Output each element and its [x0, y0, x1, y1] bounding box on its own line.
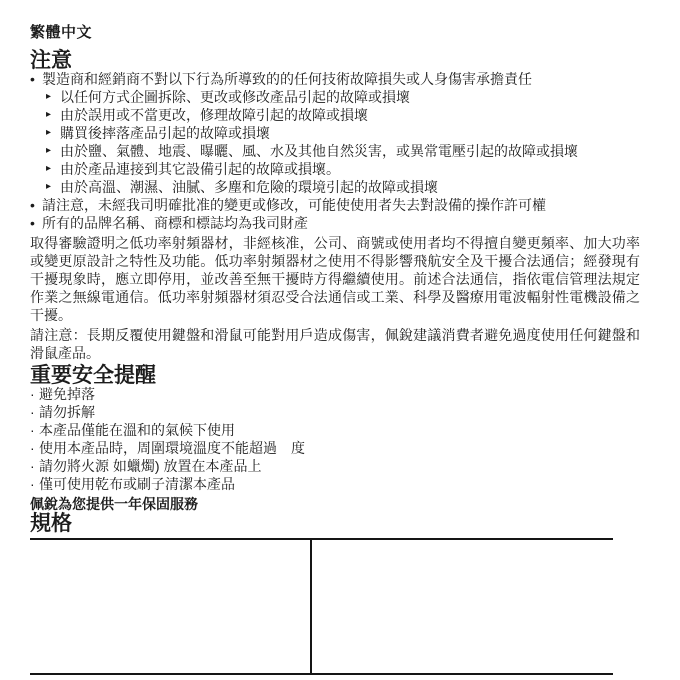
spec-table [30, 538, 613, 675]
notice-cause-text: 由於高溫、潮濕、油膩、多塵和危險的環境引起的故障或損壞 [60, 178, 640, 196]
manual-page: 繁體中文 注意 • 製造商和經銷商不對以下行為所導致的的任何技術故障損失或人身傷… [0, 0, 680, 675]
safety-item: · 本產品僅能在溫和的氣候下使用 [30, 421, 640, 439]
notice-cause-text: 由於鹽、氣體、地震、曝曬、風、水及其他自然災害，或異常電壓引起的故障或損壞 [60, 142, 640, 160]
notice-cause-item: ▸ 購買後摔落產品引起的故障或損壞 [30, 124, 640, 142]
notice-item-trademark: • 所有的品牌名稱、商標和標誌均為我司財產 [30, 214, 640, 232]
notice-item-text: 所有的品牌名稱、商標和標誌均為我司財產 [42, 214, 640, 232]
safety-item: · 請勿將火源 如蠟燭) 放置在本產品上 [30, 457, 640, 475]
specs-heading: 規格 [30, 515, 640, 533]
safety-item: · 請勿拆解 [30, 403, 640, 421]
arrow-bullet-icon: ▸ [46, 88, 60, 106]
arrow-bullet-icon: ▸ [46, 106, 60, 124]
dot-bullet-icon: · [30, 475, 39, 493]
notice-cause-item: ▸ 由於高溫、潮濕、油膩、多塵和危險的環境引起的故障或損壞 [30, 178, 640, 196]
usage-warning-paragraph: 請注意：長期反覆使用鍵盤和滑鼠可能對用戶造成傷害，佩銳建議消費者避免過度使用任何… [30, 326, 640, 362]
bullet-icon: • [30, 70, 42, 88]
notice-cause-item: ▸ 由於產品連接到其它設備引起的故障或損壞。 [30, 160, 640, 178]
safety-item-text: 避免掉落 [39, 385, 95, 403]
dot-bullet-icon: · [30, 421, 39, 439]
safety-item: · 使用本產品時，周圍環境溫度不能超過 度 [30, 439, 640, 457]
arrow-bullet-icon: ▸ [46, 124, 60, 142]
notice-item-approval: • 請注意，未經我司明確批准的變更或修改，可能使使用者失去對設備的操作許可權 [30, 196, 640, 214]
dot-bullet-icon: · [30, 403, 39, 421]
safety-item-text: 請勿將火源 如蠟燭) 放置在本產品上 [39, 457, 261, 475]
safety-item-text: 使用本產品時，周圍環境溫度不能超過 度 [39, 439, 305, 457]
notice-cause-text: 由於產品連接到其它設備引起的故障或損壞。 [60, 160, 640, 178]
safety-item-text: 請勿拆解 [39, 403, 95, 421]
arrow-bullet-icon: ▸ [46, 160, 60, 178]
notice-cause-text: 購買後摔落產品引起的故障或損壞 [60, 124, 640, 142]
notice-item-text: 製造商和經銷商不對以下行為所導致的的任何技術故障損失或人身傷害承擔責任 [42, 70, 640, 88]
safety-list: · 避免掉落 · 請勿拆解 · 本產品僅能在溫和的氣候下使用 · 使用本產品時，… [30, 385, 640, 493]
dot-bullet-icon: · [30, 385, 39, 403]
notice-cause-text: 以任何方式企圖拆除、更改或修改產品引起的故障或損壞 [60, 88, 640, 106]
safety-item-text: 本產品僅能在溫和的氣候下使用 [39, 421, 235, 439]
notice-cause-text: 由於誤用或不當更改，修理故障引起的故障或損壞 [60, 106, 640, 124]
bullet-icon: • [30, 196, 42, 214]
notice-list: • 製造商和經銷商不對以下行為所導致的的任何技術故障損失或人身傷害承擔責任 ▸ … [30, 70, 640, 232]
safety-heading: 重要安全提醒 [30, 367, 640, 385]
ncc-statement-paragraph: 取得審驗證明之低功率射頻器材，非經核准，公司、商號或使用者均不得擅自變更頻率、加… [30, 234, 640, 324]
safety-item: · 僅可使用乾布或刷子清潔本產品 [30, 475, 640, 493]
bullet-icon: • [30, 214, 42, 232]
notice-item-liability: • 製造商和經銷商不對以下行為所導致的的任何技術故障損失或人身傷害承擔責任 [30, 70, 640, 88]
spec-table-cell-right [312, 540, 613, 673]
notice-cause-item: ▸ 由於誤用或不當更改，修理故障引起的故障或損壞 [30, 106, 640, 124]
spec-table-cell-left [30, 540, 312, 673]
notice-cause-item: ▸ 以任何方式企圖拆除、更改或修改產品引起的故障或損壞 [30, 88, 640, 106]
safety-item: · 避免掉落 [30, 385, 640, 403]
notice-heading: 注意 [30, 52, 640, 70]
dot-bullet-icon: · [30, 457, 39, 475]
arrow-bullet-icon: ▸ [46, 178, 60, 196]
safety-item-text: 僅可使用乾布或刷子清潔本產品 [39, 475, 235, 493]
arrow-bullet-icon: ▸ [46, 142, 60, 160]
notice-cause-item: ▸ 由於鹽、氣體、地震、曝曬、風、水及其他自然災害，或異常電壓引起的故障或損壞 [30, 142, 640, 160]
page-title: 繁體中文 [30, 24, 640, 42]
notice-item-text: 請注意，未經我司明確批准的變更或修改，可能使使用者失去對設備的操作許可權 [42, 196, 640, 214]
warranty-statement: 佩銳為您提供一年保固服務 [30, 495, 640, 513]
dot-bullet-icon: · [30, 439, 39, 457]
